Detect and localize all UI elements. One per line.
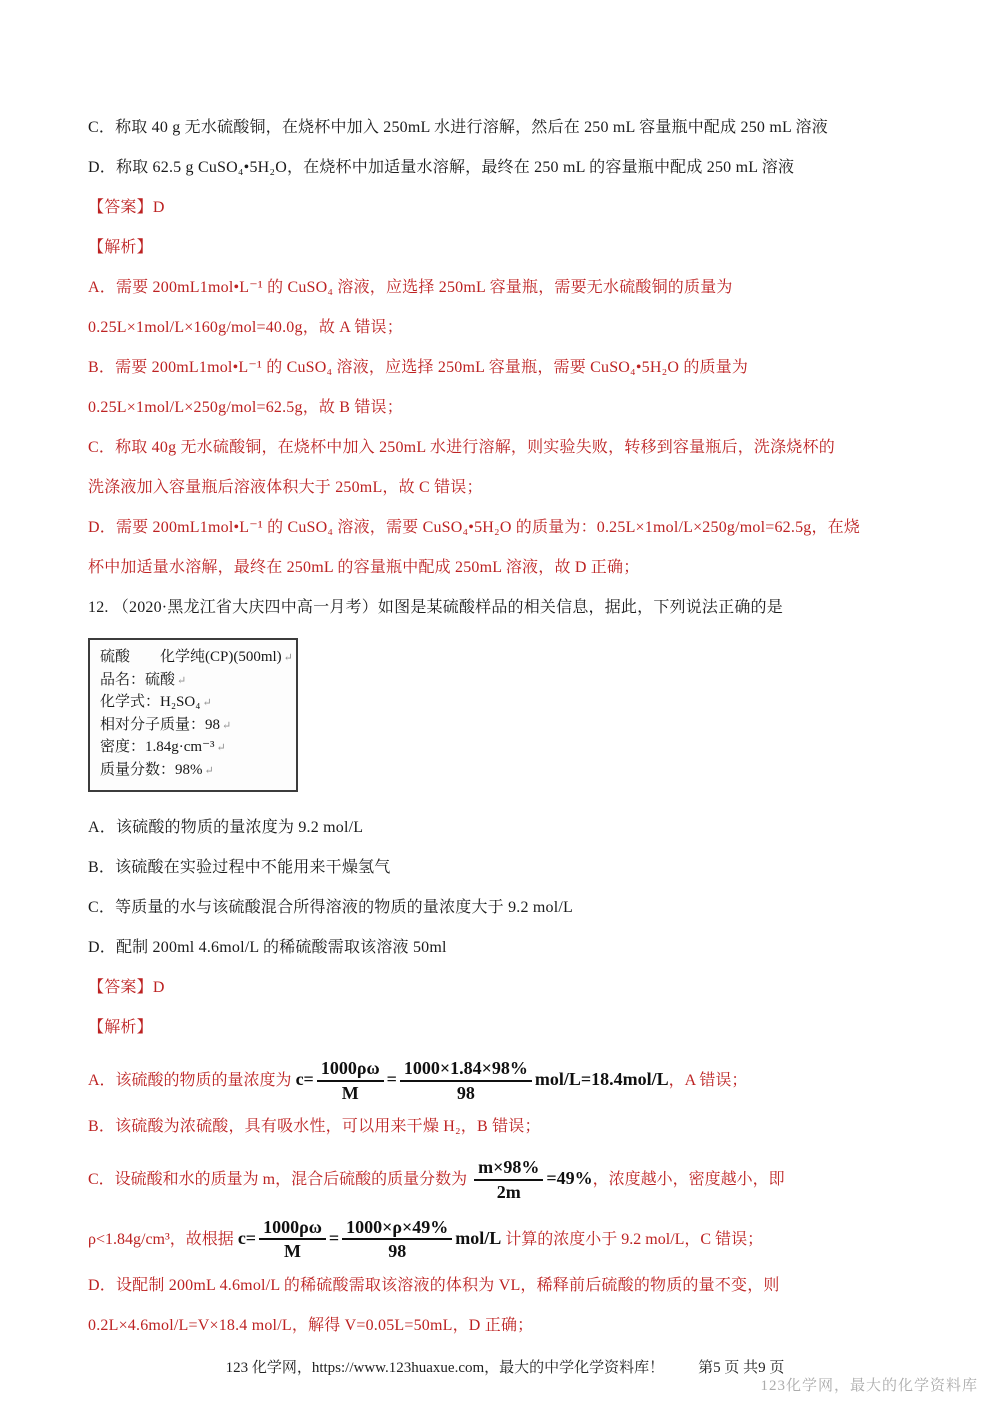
- analysis-a-pre: A．该硫酸的物质的量浓度为: [88, 1072, 296, 1089]
- fraction-denominator: M: [259, 1240, 326, 1262]
- fraction-numerator: 1000ρω: [259, 1217, 326, 1241]
- analysis-a-post: ，A 错误；: [669, 1072, 748, 1089]
- q12-answer-line: 【答案】D: [88, 978, 922, 998]
- answer-label: 【答案】: [88, 199, 153, 216]
- fraction: m×98%2m: [474, 1157, 543, 1202]
- q11-analysis-c-1: C．称取 40g 无水硫酸铜，在烧杯中加入 250mL 水进行溶解，则实验失败，…: [88, 438, 922, 458]
- return-mark-icon: ↵: [202, 697, 211, 709]
- fraction-denominator: 2m: [474, 1181, 543, 1203]
- fraction-denominator: M: [317, 1082, 384, 1104]
- label-formula: 化学式：H₂SO₄: [100, 694, 200, 710]
- formula-tail: =49%: [546, 1168, 592, 1188]
- watermark-text: 123化学网，最大的化学资料库: [760, 1374, 978, 1395]
- fraction-numerator: 1000ρω: [317, 1058, 384, 1082]
- footer-site-text: 123 化学网，https://www.123huaxue.com，最大的中学化…: [226, 1360, 665, 1376]
- analysis-c1-pre: C．设硫酸和水的质量为 m，混合后硫酸的质量分数为: [88, 1171, 471, 1188]
- formula-lead: c=: [296, 1069, 314, 1089]
- q12-option-a: A．该硫酸的物质的量浓度为 9.2 mol/L: [88, 818, 922, 838]
- analysis-c2-pre: ρ<1.84g/cm³，故根据: [88, 1231, 238, 1248]
- fraction: 1000ρωM: [259, 1217, 326, 1262]
- return-mark-icon: ↵: [177, 675, 186, 687]
- answer-value: D: [153, 199, 165, 216]
- label-name: 品名：硫酸: [100, 672, 175, 688]
- q12-analysis-d-1: D．设配制 200mL 4.6mol/L 的稀硫酸需取该溶液的体积为 VL，稀释…: [88, 1276, 922, 1296]
- q12-option-b: B．该硫酸在实验过程中不能用来干燥氢气: [88, 858, 922, 878]
- q11-analysis-c-2: 洗涤液加入容量瓶后溶液体积大于 250mL，故 C 错误；: [88, 478, 922, 498]
- return-mark-icon: ↵: [222, 720, 231, 732]
- fraction: 1000×1.84×98%98: [400, 1058, 532, 1103]
- analysis-c2-formula: c=1000ρωM=1000×ρ×49%98mol/L: [238, 1228, 501, 1248]
- fraction: 1000ρωM: [317, 1058, 384, 1103]
- q12-analysis-a: A．该硫酸的物质的量浓度为 c=1000ρωM=1000×1.84×98%98m…: [88, 1058, 922, 1103]
- label-line-density: 密度：1.84g·cm⁻³↵: [100, 737, 286, 760]
- q11-analysis-a-1: A．需要 200mL1mol•L⁻¹ 的 CuSO₄ 溶液，应选择 250mL …: [88, 278, 922, 298]
- q11-answer-line: 【答案】D: [88, 198, 922, 218]
- label-mass-fraction: 质量分数：98%: [100, 762, 203, 778]
- label-title-line: 硫酸 化学纯(CP)(500ml)↵: [100, 647, 286, 670]
- fraction: 1000×ρ×49%98: [342, 1217, 452, 1262]
- reagent-label-box: 硫酸 化学纯(CP)(500ml)↵ 品名：硫酸↵ 化学式：H₂SO₄↵ 相对分…: [88, 638, 298, 792]
- q11-analysis-d-2: 杯中加适量水溶解，最终在 250mL 的容量瓶中配成 250mL 溶液，故 D …: [88, 558, 922, 578]
- label-density: 密度：1.84g·cm⁻³: [100, 739, 215, 755]
- q12-analysis-label: 【解析】: [88, 1018, 922, 1038]
- label-molar-mass: 相对分子质量：98: [100, 717, 220, 733]
- q11-analysis-b-1: B．需要 200mL1mol•L⁻¹ 的 CuSO₄ 溶液，应选择 250mL …: [88, 358, 922, 378]
- q11-analysis-b-2: 0.25L×1mol/L×250g/mol=62.5g，故 B 错误；: [88, 398, 922, 418]
- label-line-formula: 化学式：H₂SO₄↵: [100, 692, 286, 715]
- label-line-molar-mass: 相对分子质量：98↵: [100, 715, 286, 738]
- q12-analysis-c2: ρ<1.84g/cm³，故根据 c=1000ρωM=1000×ρ×49%98mo…: [88, 1217, 922, 1262]
- q12-option-c: C．等质量的水与该硫酸混合所得溶液的物质的量浓度大于 9.2 mol/L: [88, 898, 922, 918]
- equals-sign: =: [387, 1069, 397, 1089]
- fraction-denominator: 98: [342, 1240, 452, 1262]
- fraction-numerator: 1000×ρ×49%: [342, 1217, 452, 1241]
- label-line-mass-fraction: 质量分数：98%↵: [100, 760, 286, 783]
- q11-analysis-label: 【解析】: [88, 238, 922, 258]
- answer-value: D: [153, 979, 165, 996]
- fraction-denominator: 98: [400, 1082, 532, 1104]
- q12-option-d: D．配制 200ml 4.6mol/L 的稀硫酸需取该溶液 50ml: [88, 938, 922, 958]
- q11-analysis-a-2: 0.25L×1mol/L×160g/mol=40.0g，故 A 错误；: [88, 318, 922, 338]
- q12-stem: 12. （2020·黑龙江省大庆四中高一月考）如图是某硫酸样品的相关信息，据此，…: [88, 598, 922, 618]
- equals-sign: =: [329, 1228, 339, 1248]
- q12-analysis-c1: C．设硫酸和水的质量为 m，混合后硫酸的质量分数为 m×98%2m=49%，浓度…: [88, 1157, 922, 1202]
- return-mark-icon: ↵: [205, 765, 214, 777]
- q11-option-c: C．称取 40 g 无水硫酸铜，在烧杯中加入 250mL 水进行溶解，然后在 2…: [88, 118, 922, 138]
- document-page: C．称取 40 g 无水硫酸铜，在烧杯中加入 250mL 水进行溶解，然后在 2…: [0, 0, 992, 1377]
- formula-lead: c=: [238, 1228, 256, 1248]
- formula-tail: mol/L: [455, 1228, 501, 1248]
- q11-analysis-d-1: D．需要 200mL1mol•L⁻¹ 的 CuSO₄ 溶液，需要 CuSO₄•5…: [88, 518, 922, 538]
- label-title: 硫酸 化学纯(CP)(500ml): [100, 649, 282, 665]
- return-mark-icon: ↵: [284, 652, 293, 664]
- fraction-numerator: 1000×1.84×98%: [400, 1058, 532, 1082]
- fraction-numerator: m×98%: [474, 1157, 543, 1181]
- analysis-c2-post: 计算的浓度小于 9.2 mol/L，C 错误；: [501, 1231, 763, 1248]
- q12-analysis-b: B．该硫酸为浓硫酸，具有吸水性，可以用来干燥 H₂，B 错误；: [88, 1117, 922, 1137]
- analysis-c1-post: ，浓度越小，密度越小，即: [593, 1171, 785, 1188]
- q11-option-d: D．称取 62.5 g CuSO₄•5H₂O，在烧杯中加适量水溶解，最终在 25…: [88, 158, 922, 178]
- analysis-c1-formula: m×98%2m=49%: [471, 1168, 593, 1188]
- answer-label: 【答案】: [88, 979, 153, 996]
- formula-tail: mol/L=18.4mol/L: [535, 1069, 669, 1089]
- analysis-a-formula: c=1000ρωM=1000×1.84×98%98mol/L=18.4mol/L: [296, 1069, 669, 1089]
- return-mark-icon: ↵: [217, 742, 226, 754]
- label-line-name: 品名：硫酸↵: [100, 670, 286, 693]
- q12-analysis-d-2: 0.2L×4.6mol/L=V×18.4 mol/L，解得 V=0.05L=50…: [88, 1316, 922, 1336]
